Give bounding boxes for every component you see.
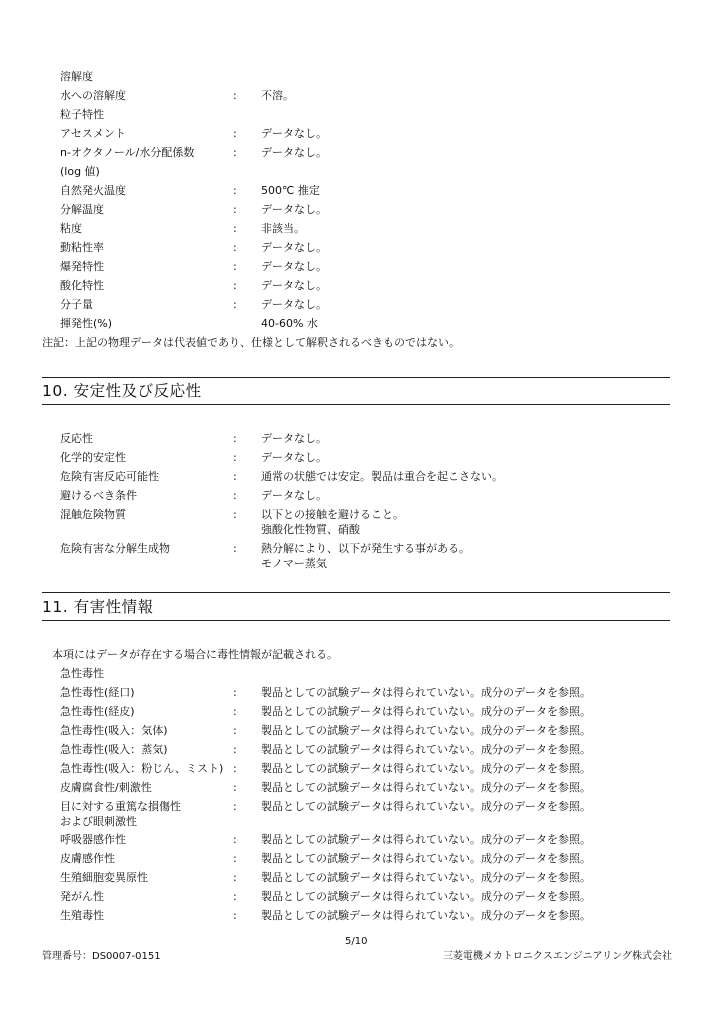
separator-colon: : [233, 219, 237, 238]
section-10-top-rule [42, 377, 670, 378]
property-value: 製品としての試験データは得られていない。成分のデータを参照。 [261, 740, 591, 759]
property-value: 製品としての試験データは得られていない。成分のデータを参照。 [261, 721, 591, 740]
property-row: (log 値) [0, 162, 724, 181]
separator-colon: : [233, 238, 237, 257]
property-value: データなし。 [261, 200, 327, 219]
property-row: 急性毒性(吸入：気体):製品としての試験データは得られていない。成分のデータを参… [0, 721, 724, 740]
separator-colon: : [233, 797, 237, 816]
property-value: データなし。 [261, 257, 327, 276]
separator-colon: : [233, 721, 237, 740]
property-row: アセスメント:データなし。 [0, 124, 724, 143]
property-value: 製品としての試験データは得られていない。成分のデータを参照。 [261, 683, 591, 702]
section-10-title: 10. 安定性及び反応性 [42, 380, 202, 402]
property-row: 急性毒性(吸入：粉じん、ミスト):製品としての試験データは得られていない。成分の… [0, 759, 724, 778]
separator-colon: : [233, 778, 237, 797]
property-label: 呼吸器感作性 [60, 830, 126, 849]
property-label: 発がん性 [60, 887, 104, 906]
property-value: データなし。 [261, 486, 327, 505]
property-label: 皮膚感作性 [60, 849, 115, 868]
toxicity-intro: 本項にはデータが存在する場合に毒性情報が記載される。 [52, 645, 338, 664]
property-row: 動粘性率:データなし。 [0, 238, 724, 257]
separator-colon: : [233, 887, 237, 906]
separator-colon: : [233, 702, 237, 721]
physical-data-note: 注記：上記の物理データは代表値であり、仕様として解釈されるべきものではない。 [42, 333, 460, 352]
property-row: 皮膚感作性:製品としての試験データは得られていない。成分のデータを参照。 [0, 849, 724, 868]
property-label: 酸化特性 [60, 276, 104, 295]
property-label: 生殖毒性 [60, 906, 104, 925]
property-value: 製品としての試験データは得られていない。成分のデータを参照。 [261, 906, 591, 925]
property-value-line2: モノマー蒸気 [261, 554, 327, 573]
separator-colon: : [233, 143, 237, 162]
property-value: 製品としての試験データは得られていない。成分のデータを参照。 [261, 849, 591, 868]
property-label: 皮膚腐食性/刺激性 [60, 778, 152, 797]
separator-colon: : [233, 86, 237, 105]
section-11-title: 11. 有害性情報 [42, 596, 154, 618]
property-row: 生殖細胞変異原性:製品としての試験データは得られていない。成分のデータを参照。 [0, 868, 724, 887]
property-row: 溶解度 [0, 67, 724, 86]
property-row: 生殖毒性:製品としての試験データは得られていない。成分のデータを参照。 [0, 906, 724, 925]
property-value: 不溶。 [261, 86, 294, 105]
property-label: 揮発性(%) [60, 314, 112, 333]
separator-colon: : [233, 830, 237, 849]
property-label: 溶解度 [60, 67, 93, 86]
property-label: 急性毒性(経口) [60, 683, 135, 702]
property-label: 反応性 [60, 429, 93, 448]
property-row: 混触危険物質:以下との接触を避けること。強酸化性物質、硝酸 [0, 505, 724, 524]
property-row: 目に対する重篤な損傷性:製品としての試験データは得られていない。成分のデータを参… [0, 797, 724, 816]
separator-colon: : [233, 849, 237, 868]
property-row: 急性毒性(吸入：蒸気):製品としての試験データは得られていない。成分のデータを参… [0, 740, 724, 759]
property-value: データなし。 [261, 295, 327, 314]
property-label: 急性毒性(吸入：粉じん、ミスト) [60, 759, 223, 778]
property-label: 爆発特性 [60, 257, 104, 276]
separator-colon: : [233, 868, 237, 887]
property-label: 分子量 [60, 295, 93, 314]
separator-colon: : [233, 505, 237, 524]
separator-colon: : [233, 295, 237, 314]
separator-colon: : [233, 486, 237, 505]
property-value: 非該当。 [261, 219, 305, 238]
property-value: データなし。 [261, 276, 327, 295]
property-label: 急性毒性(吸入：蒸気) [60, 740, 168, 759]
property-row: 反応性:データなし。 [0, 429, 724, 448]
property-label: 化学的安定性 [60, 448, 126, 467]
company-name: 三菱電機メカトロニクスエンジニアリング株式会社 [443, 950, 672, 964]
property-value: 40-60% 水 [261, 314, 318, 333]
separator-colon: : [233, 257, 237, 276]
property-value: 通常の状態では安定。製品は重合を起こさない。 [261, 467, 503, 486]
property-value: 製品としての試験データは得られていない。成分のデータを参照。 [261, 868, 591, 887]
separator-colon: : [233, 429, 237, 448]
property-label: 急性毒性(経皮) [60, 702, 135, 721]
property-label: 急性毒性(吸入：気体) [60, 721, 168, 740]
property-label: アセスメント [60, 124, 126, 143]
separator-colon: : [233, 759, 237, 778]
property-row: 水への溶解度:不溶。 [0, 86, 724, 105]
separator-colon: : [233, 276, 237, 295]
property-label: (log 値) [60, 162, 100, 181]
property-label: 自然発火温度 [60, 181, 126, 200]
property-value: データなし。 [261, 124, 327, 143]
property-row: 危険有害な分解生成物:熱分解により、以下が発生する事がある。モノマー蒸気 [0, 539, 724, 558]
property-label: 危険有害反応可能性 [60, 467, 159, 486]
property-value: 製品としての試験データは得られていない。成分のデータを参照。 [261, 759, 591, 778]
property-label: 避けるべき条件 [60, 486, 137, 505]
property-row: 酸化特性:データなし。 [0, 276, 724, 295]
page-number: 5/10 [345, 935, 367, 949]
property-label: 粒子特性 [60, 105, 104, 124]
property-value: 製品としての試験データは得られていない。成分のデータを参照。 [261, 702, 591, 721]
property-value: データなし。 [261, 429, 327, 448]
property-row: 粒子特性 [0, 105, 724, 124]
separator-colon: : [233, 906, 237, 925]
property-value: データなし。 [261, 448, 327, 467]
control-number: 管理番号：DS0007-0151 [42, 950, 161, 964]
property-value: データなし。 [261, 143, 327, 162]
property-label: 粘度 [60, 219, 82, 238]
separator-colon: : [233, 448, 237, 467]
property-value: 製品としての試験データは得られていない。成分のデータを参照。 [261, 887, 591, 906]
separator-colon: : [233, 124, 237, 143]
property-label: 危険有害な分解生成物 [60, 539, 170, 558]
separator-colon: : [233, 200, 237, 219]
property-row: 皮膚腐食性/刺激性:製品としての試験データは得られていない。成分のデータを参照。 [0, 778, 724, 797]
section-11-top-rule [42, 592, 670, 593]
property-row: 粘度:非該当。 [0, 219, 724, 238]
separator-colon: : [233, 467, 237, 486]
section-10-bottom-rule [42, 404, 670, 405]
property-row: 爆発特性:データなし。 [0, 257, 724, 276]
property-value: 製品としての試験データは得られていない。成分のデータを参照。 [261, 830, 591, 849]
property-row: 揮発性(%)40-60% 水 [0, 314, 724, 333]
property-value: 500℃ 推定 [261, 181, 320, 200]
property-row: 呼吸器感作性:製品としての試験データは得られていない。成分のデータを参照。 [0, 830, 724, 849]
property-row: 急性毒性(経皮):製品としての試験データは得られていない。成分のデータを参照。 [0, 702, 724, 721]
acute-toxicity-heading: 急性毒性 [60, 664, 104, 683]
property-value: 製品としての試験データは得られていない。成分のデータを参照。 [261, 778, 591, 797]
property-row: 危険有害反応可能性:通常の状態では安定。製品は重合を起こさない。 [0, 467, 724, 486]
property-row: 急性毒性(経口):製品としての試験データは得られていない。成分のデータを参照。 [0, 683, 724, 702]
property-row: 分解温度:データなし。 [0, 200, 724, 219]
property-value-line2: 強酸化性物質、硝酸 [261, 520, 360, 539]
separator-colon: : [233, 683, 237, 702]
separator-colon: : [233, 740, 237, 759]
property-row: 自然発火温度:500℃ 推定 [0, 181, 724, 200]
property-label-line2: および眼刺激性 [60, 812, 137, 831]
property-row: 発がん性:製品としての試験データは得られていない。成分のデータを参照。 [0, 887, 724, 906]
section-11-bottom-rule [42, 620, 670, 621]
property-row: 避けるべき条件:データなし。 [0, 486, 724, 505]
property-label: 動粘性率 [60, 238, 104, 257]
property-label: 生殖細胞変異原性 [60, 868, 148, 887]
property-row: 分子量:データなし。 [0, 295, 724, 314]
property-row: 化学的安定性:データなし。 [0, 448, 724, 467]
property-value: データなし。 [261, 238, 327, 257]
property-label: 混触危険物質 [60, 505, 126, 524]
separator-colon: : [233, 181, 237, 200]
separator-colon: : [233, 539, 237, 558]
property-label: n-オクタノール/水分配係数 [60, 143, 194, 162]
property-value: 製品としての試験データは得られていない。成分のデータを参照。 [261, 797, 591, 816]
property-row: n-オクタノール/水分配係数:データなし。 [0, 143, 724, 162]
property-label: 水への溶解度 [60, 86, 126, 105]
property-label: 分解温度 [60, 200, 104, 219]
